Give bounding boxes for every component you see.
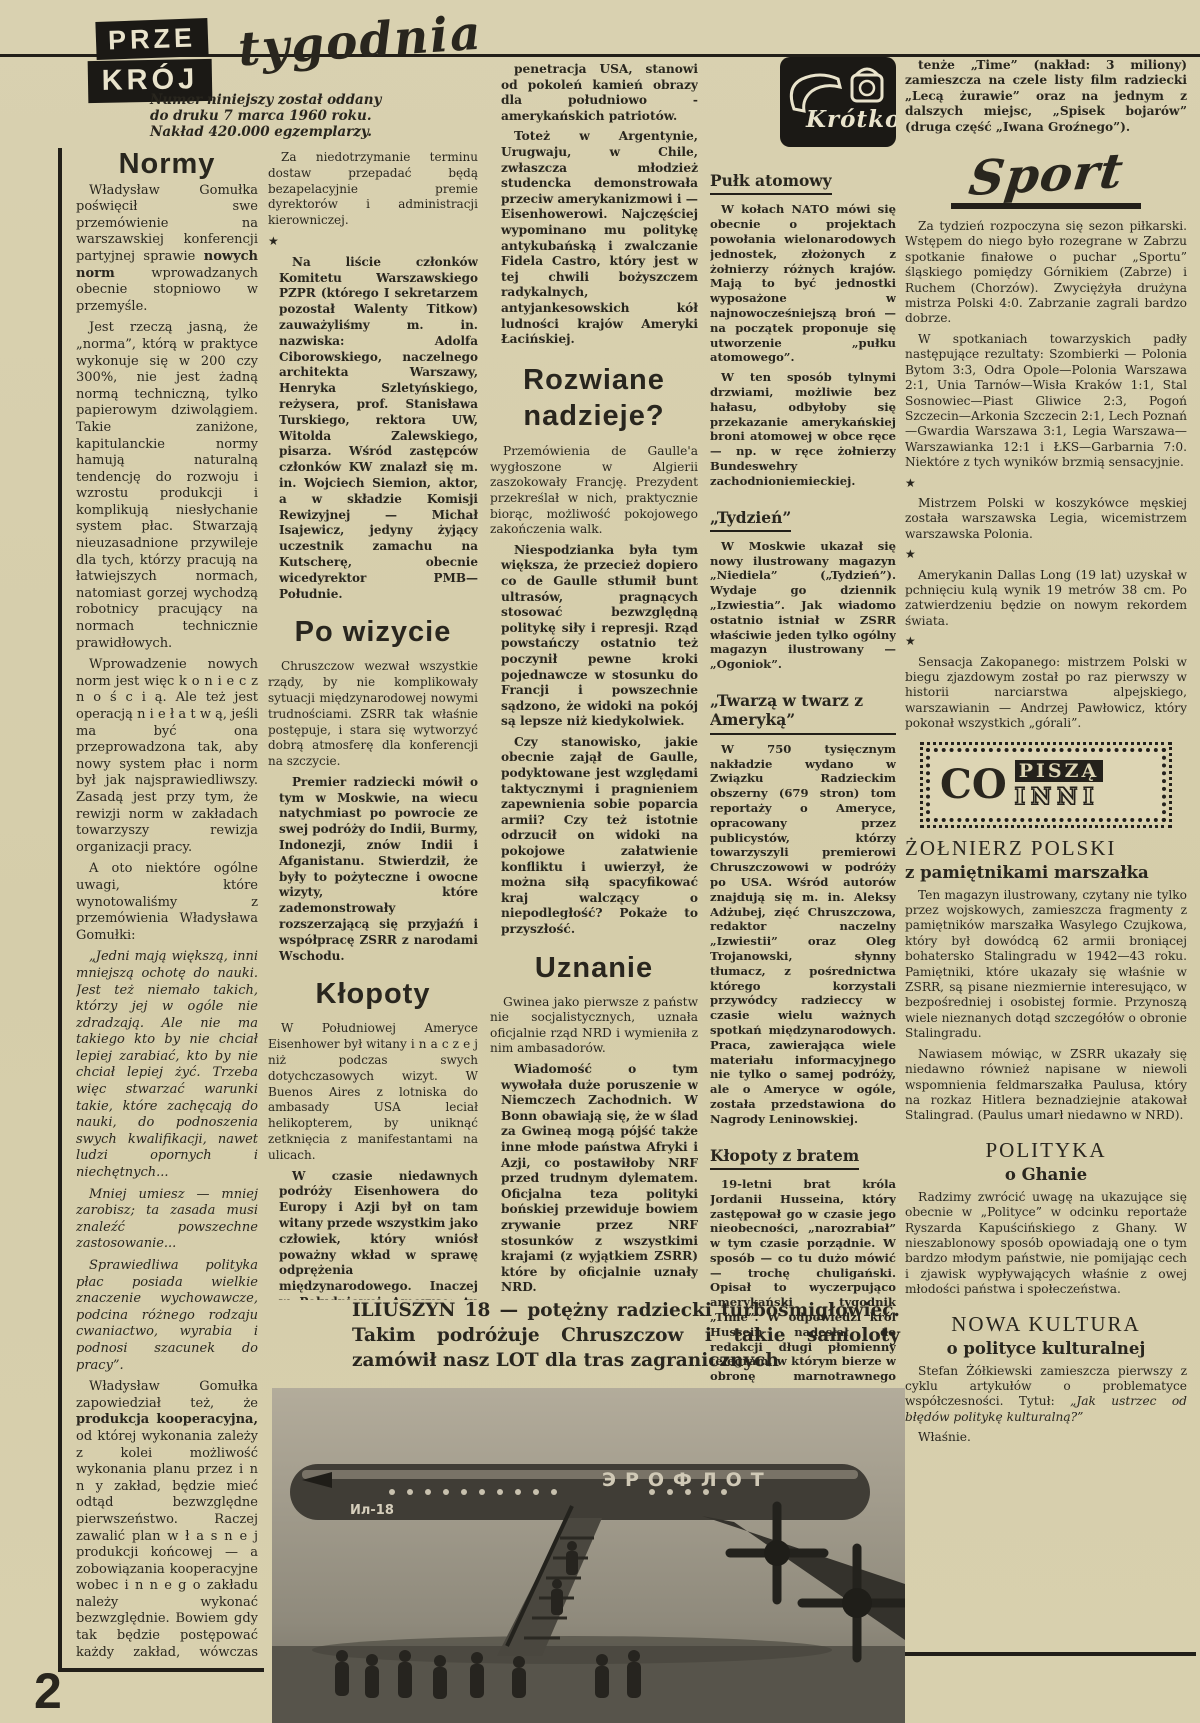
- paragraph: Właśnie.: [905, 1430, 1187, 1445]
- paragraph-text: Władysław Gomułka zapowiedział też, że: [76, 1379, 258, 1411]
- paragraph: W kołach NATO mówi się obecnie o projekt…: [710, 202, 896, 365]
- review-heading-polityka: POLITYKA: [905, 1138, 1187, 1163]
- article-heading-normy: Normy: [76, 156, 258, 173]
- paragraph: Czy stanowisko, jakie obecnie zajął de G…: [490, 735, 698, 938]
- paragraph: Za tydzień rozpoczyna się sezon piłkarsk…: [905, 219, 1187, 327]
- fuselage-highlight: [302, 1470, 858, 1479]
- paragraph: penetracja USA, stanowi od pokoleń kamie…: [490, 62, 698, 124]
- nose-marking: Ил-18: [350, 1503, 394, 1518]
- column1-left-rule: [58, 148, 62, 1670]
- propeller-hub: [842, 1588, 872, 1618]
- star-separator-icon: ★: [905, 547, 1187, 562]
- sport-logo-label: Sport: [966, 143, 1127, 207]
- paragraph: W 750 tysięcznym nakładzie wydano w Zwią…: [710, 742, 896, 1127]
- paragraph: W spotkaniach towarzyskich padły następu…: [905, 332, 1187, 471]
- paragraph: W czasie niedawnych podróży Eisenhowera …: [268, 1169, 478, 1300]
- newspaper-page: PRZE KRÓJ tygodnia Numer niniejszy zosta…: [0, 0, 1200, 1723]
- paragraph: Gwinea jako pierwsze z państw nie socjal…: [490, 995, 698, 1057]
- phone-doodle-icon: [780, 57, 896, 147]
- article-heading-klopoty: Kłopoty: [268, 978, 478, 1011]
- paragraph: W ten sposób tylnymi drzwiami, możliwie …: [710, 370, 896, 488]
- article-heading-uznanie: Uznanie: [490, 952, 698, 985]
- paragraph: Na liście członków Komitetu Warszawskieg…: [268, 255, 478, 603]
- krotko-logo: Krótko:: [780, 57, 896, 147]
- paragraph: Wiadomość o tym wywołała duże poruszenie…: [490, 1062, 698, 1296]
- paragraph: Przemówienia de Gaulle'a wygłoszone w Al…: [490, 444, 698, 538]
- paragraph: Ten magazyn ilustrowany, czytany nie tyl…: [905, 888, 1187, 1042]
- paragraph: Wprowadzenie nowych norm jest więc k o n…: [76, 657, 258, 856]
- tygodnia-script: tygodnia: [236, 6, 484, 78]
- przekroj-logo-top: PRZE: [95, 18, 208, 60]
- review-subheading-polityka: o Ghanie: [905, 1165, 1187, 1184]
- paragraph: Niespodzianka była tym większa, że przec…: [490, 543, 698, 730]
- quote-paragraph: Sprawiedliwa polityka płac posiada wielk…: [76, 1258, 258, 1374]
- paragraph: Władysław Gomułka zapowiedział też, że p…: [76, 1379, 258, 1662]
- paragraph: W Południowej Ameryce Eisenhower był wit…: [268, 1021, 478, 1163]
- star-separator-icon: ★: [905, 634, 1187, 649]
- paragraph-text: od której wykonania zależy z kolei możli…: [76, 1429, 258, 1662]
- il18-photo: Ил-18 ЭРОФЛОТ: [272, 1388, 905, 1723]
- paragraph: Władysław Gomułka poświęcił swe przemówi…: [76, 183, 258, 316]
- paragraph: Jest rzeczą jasną, że „norma”, którą w p…: [76, 320, 258, 652]
- paragraph-bold-text: produkcja kooperacyjna,: [76, 1412, 258, 1427]
- paragraph: Mistrzem Polski w koszykówce męskiej zos…: [905, 496, 1187, 542]
- star-separator-icon: ★: [905, 476, 1187, 491]
- quote-paragraph: Mniej umiesz — mniej zarobisz; ta zasada…: [76, 1187, 258, 1253]
- article-heading-rozwiane: Rozwiane nadzieje?: [490, 362, 698, 435]
- star-separator-icon: ★: [268, 234, 478, 250]
- page-number: 2: [34, 1662, 62, 1720]
- article-heading-po-wizycie: Po wizycie: [268, 616, 478, 649]
- quote-paragraph: „Jedni mają większą, inni mniejszą ochot…: [76, 949, 258, 1181]
- paragraph: Toteż w Argentynie, Urugwaju, w Chile, z…: [490, 129, 698, 347]
- il18-photo-illustration: Ил-18 ЭРОФЛОТ: [272, 1388, 905, 1723]
- fuselage-marking: ЭРОФЛОТ: [602, 1469, 773, 1491]
- paragraph: Chruszczow wezwał wszystkie rządy, by ni…: [268, 659, 478, 770]
- column-2: Za niedotrzymanie terminu dostaw przepad…: [268, 150, 478, 1300]
- column-4-krotko: Krótko: Pułk atomowy W kołach NATO mówi …: [710, 55, 896, 1383]
- krotko-section-heading: Pułk atomowy: [710, 171, 832, 195]
- paragraph: Sensacja Zakopanego: mistrzem Polski w b…: [905, 655, 1187, 732]
- print-note-line: Numer niniejszy został oddany: [150, 92, 381, 108]
- krotko-section-heading: „Twarzą w twarz z Ameryką”: [710, 691, 896, 735]
- review-heading-nowa-kultura: NOWA KULTURA: [905, 1312, 1187, 1337]
- review-subheading-nowa-kultura: o polityce kulturalnej: [905, 1339, 1187, 1358]
- column-1: Normy Władysław Gomułka poświęcił swe pr…: [76, 150, 258, 1662]
- propeller-hub: [764, 1540, 790, 1566]
- print-note-line: Nakład 420.000 egzemplarzy.: [150, 124, 381, 140]
- krotko-logo-label: Krótko:: [806, 106, 896, 133]
- print-note: Numer niniejszy został oddany do druku 7…: [150, 92, 381, 140]
- co-pisza-inni-pisza: PISZĄ: [1015, 760, 1104, 782]
- plane-shadow: [312, 1636, 832, 1664]
- paragraph: tenże „Time” (nakład: 3 miliony) zamiesz…: [905, 58, 1187, 135]
- paragraph: Amerykanin Dallas Long (19 lat) uzyskał …: [905, 568, 1187, 630]
- co-pisza-inni-logo: CO PISZĄ INNI: [926, 748, 1166, 822]
- krotko-section-heading: Kłopoty z bratem: [710, 1146, 859, 1170]
- column-3: penetracja USA, stanowi od pokoleń kamie…: [490, 62, 698, 1302]
- column-5: tenże „Time” (nakład: 3 miliony) zamiesz…: [905, 58, 1187, 1648]
- paragraph: A oto niektóre ogólne uwagi, które wynot…: [76, 861, 258, 944]
- krotko-section-heading: „Tydzień”: [710, 508, 791, 532]
- paragraph: Radzimy zwrócić uwagę na ukazujące się o…: [905, 1190, 1187, 1298]
- paragraph: W Moskwie ukazał się nowy ilustrowany ma…: [710, 539, 896, 672]
- sport-logo: Sport: [905, 147, 1187, 209]
- column5-bottom-rule: [900, 1652, 1196, 1656]
- paragraph: Nawiasem mówiąc, w ZSRR ukazały się nied…: [905, 1047, 1187, 1124]
- column1-bottom-rule: [58, 1668, 264, 1672]
- photo-caption: ILIUSZYN 18 — potężny radziecki turbośmi…: [352, 1298, 900, 1373]
- review-subheading-zolnierz: z pamiętnikami marszałka: [905, 863, 1187, 882]
- paragraph: Stefan Żółkiewski zamieszcza pierwszy z …: [905, 1364, 1187, 1426]
- co-pisza-inni-inni: INNI: [1015, 784, 1104, 810]
- print-note-line: do druku 7 marca 1960 roku.: [150, 108, 381, 124]
- co-pisza-inni-co: CO: [940, 767, 1007, 803]
- review-heading-zolnierz: ŻOŁNIERZ POLSKI: [905, 836, 1187, 861]
- paragraph: Premier radziecki mówił o tym w Moskwie,…: [268, 775, 478, 965]
- paragraph: Za niedotrzymanie terminu dostaw przepad…: [268, 150, 478, 229]
